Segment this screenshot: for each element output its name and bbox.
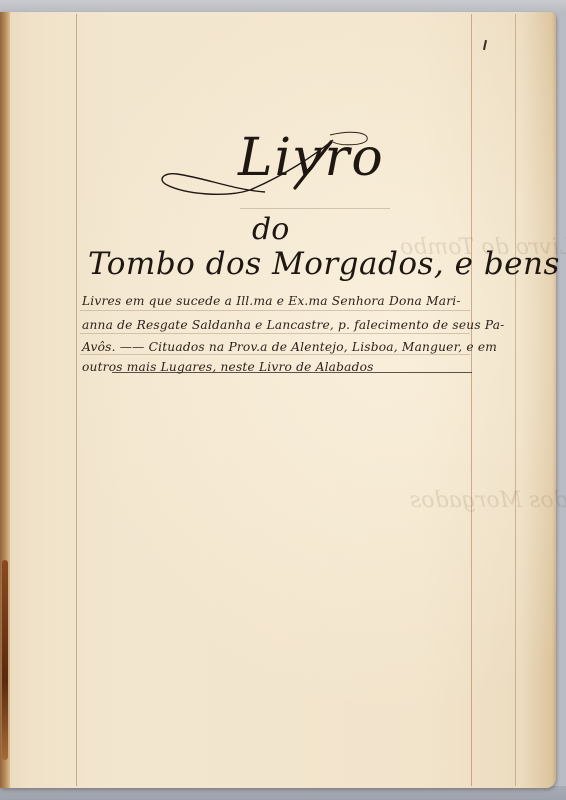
- spine-stain: [2, 560, 8, 760]
- left-margin-rule: [76, 14, 77, 786]
- body-line-2: anna de Resgate Saldanha e Lancastre, p.…: [82, 318, 505, 332]
- line-rule-1: [80, 310, 470, 311]
- title-livro: Livro: [238, 128, 385, 188]
- line-rule-2: [80, 333, 470, 334]
- line-rule-3: [80, 354, 470, 355]
- outer-margin-rule: [515, 14, 516, 786]
- title-do: do: [252, 212, 289, 247]
- body-line-1: Livres em que sucede a Ill.ma e Ex.ma Se…: [82, 294, 461, 308]
- right-margin-rule: [471, 14, 472, 786]
- body-line-3: Avôs. —— Cituados na Prov.a de Alentejo,…: [82, 340, 497, 354]
- backdrop-bottom: [0, 786, 566, 800]
- title-baseline-rule: [240, 208, 390, 209]
- bleed-through-text: dos Morgados: [410, 488, 566, 513]
- body-line-4: outros mais Lugares, neste Livro de Alab…: [82, 360, 374, 374]
- title-main: Tombo dos Morgados, e bens: [88, 246, 560, 282]
